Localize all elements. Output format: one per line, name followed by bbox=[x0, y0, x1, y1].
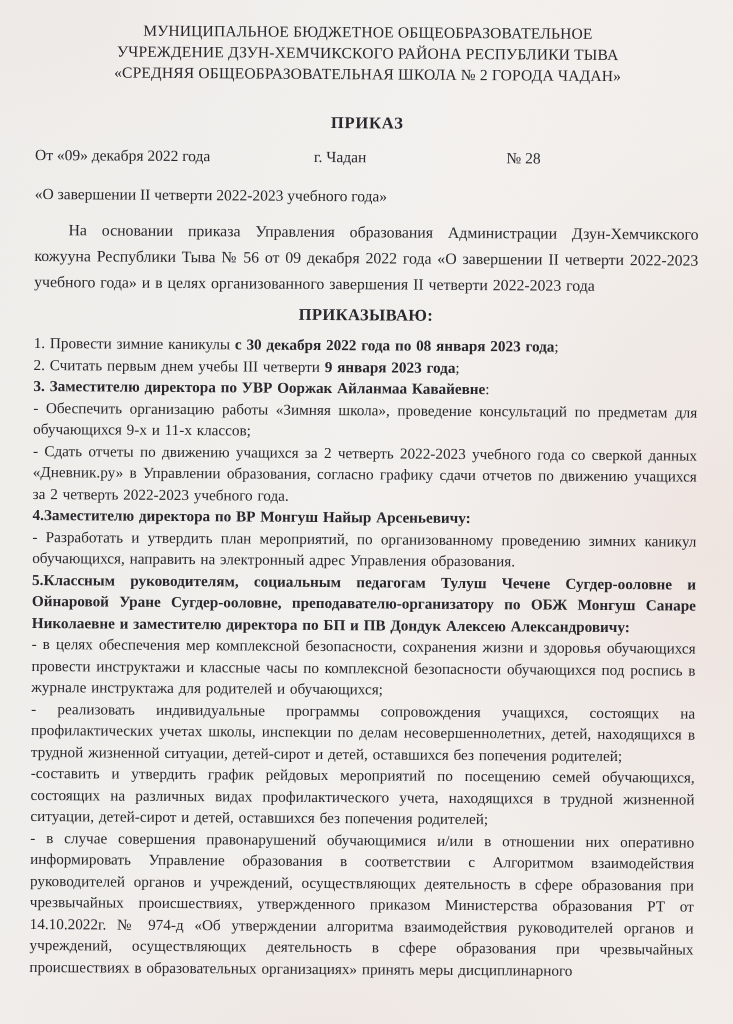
order-item-5-sub-3: -составить и утвердить график рейдовых м… bbox=[30, 763, 694, 832]
text-run: - Сдать отчеты по движению учащихся за 2… bbox=[33, 442, 697, 504]
text-run: ; bbox=[554, 339, 558, 356]
order-item-5-sub-1: - в целях обеспечения мер комплексной бе… bbox=[31, 634, 695, 703]
order-item-3-sub-1: - Обеспечить организацию работы «Зимняя … bbox=[33, 397, 697, 445]
order-meta-row: От «09» декабря 2022 года г. Чадан № 28 bbox=[35, 147, 699, 170]
scanned-order-page: МУНИЦИПАЛЬНОЕ БЮДЖЕТНОЕ ОБЩЕОБРАЗОВАТЕЛЬ… bbox=[0, 0, 733, 1024]
text-run: - в целях обеспечения мер комплексной бе… bbox=[31, 636, 695, 698]
text-run: ; bbox=[455, 359, 459, 376]
order-item-5-sub-4: - в случае совершения правонарушений обу… bbox=[29, 827, 694, 982]
order-place: г. Чадан bbox=[314, 149, 507, 168]
organization-header: МУНИЦИПАЛЬНОЕ БЮДЖЕТНОЕ ОБЩЕОБРАЗОВАТЕЛЬ… bbox=[36, 20, 700, 88]
order-subject: «О завершении II четверти 2022-2023 учеб… bbox=[35, 186, 699, 209]
text-run-bold: с 30 декабря 2022 года по 08 января 2023… bbox=[235, 336, 555, 355]
order-item-4-sub-1: - Разработать и утвердить план мероприят… bbox=[32, 526, 696, 574]
org-name-line: «СРЕДНЯЯ ОБЩЕОБРАЗОВАТЕЛЬНАЯ ШКОЛА № 2 Г… bbox=[36, 62, 700, 88]
document-title: ПРИКАЗ bbox=[35, 111, 699, 136]
text-run: : bbox=[485, 381, 489, 398]
text-run: 2. Считать первым днем учебы III четверт… bbox=[34, 356, 325, 375]
text-run-bold: 4.Заместителю директора по ВР Монгуш Най… bbox=[32, 507, 470, 527]
order-item-5: 5.Классным руководителям, социальным пед… bbox=[32, 569, 696, 638]
document-content: МУНИЦИПАЛЬНОЕ БЮДЖЕТНОЕ ОБЩЕОБРАЗОВАТЕЛЬ… bbox=[29, 20, 700, 983]
text-run: - Разработать и утвердить план мероприят… bbox=[32, 528, 696, 570]
order-items: 1. Провести зимние каникулы с 30 декабря… bbox=[29, 333, 697, 983]
text-run: - в случае совершения правонарушений обу… bbox=[29, 829, 694, 979]
text-run: 1. Провести зимние каникулы bbox=[34, 335, 235, 353]
text-run-bold: 9 января 2023 года bbox=[325, 359, 456, 377]
preamble-paragraph: На основании приказа Управления образова… bbox=[34, 218, 699, 301]
text-run: -составить и утвердить график рейдовых м… bbox=[30, 765, 694, 828]
text-run-bold: 3. Заместителю директора по УВР Ооржак А… bbox=[33, 378, 485, 398]
order-number: № 28 bbox=[506, 150, 699, 169]
order-heading: ПРИКАЗЫВАЮ: bbox=[34, 303, 698, 328]
order-item-3-sub-2: - Сдать отчеты по движению учащихся за 2… bbox=[33, 440, 697, 509]
text-run: - Обеспечить организацию работы «Зимняя … bbox=[33, 399, 697, 439]
text-run: - реализовать индивидуальные программы с… bbox=[31, 700, 695, 764]
text-run-bold: 5.Классным руководителям, социальным пед… bbox=[32, 571, 696, 635]
order-date: От «09» декабря 2022 года bbox=[35, 147, 314, 167]
order-item-5-sub-2: - реализовать индивидуальные программы с… bbox=[31, 698, 695, 767]
